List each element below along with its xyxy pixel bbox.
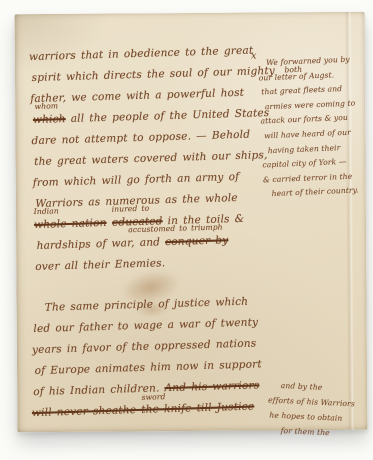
line-text: the great waters covered with our ships,	[34, 149, 268, 168]
line-text: & carried terror in the	[263, 171, 353, 184]
struck-text: which	[33, 113, 66, 126]
insertion-caret-mark: x	[251, 51, 257, 62]
line-text: all the people of the United States	[66, 107, 270, 125]
line-text: We forwarned you by	[266, 55, 350, 67]
line-text: heart of their country.	[271, 186, 358, 199]
struck-text: knife	[164, 402, 197, 415]
inserted-word: both	[284, 64, 302, 74]
struck-text: And his warriors	[164, 379, 259, 394]
line-text: spirit which directs the soul of our mig…	[32, 65, 276, 84]
line-text: hardships of war, and	[36, 236, 165, 252]
line-text: he hopes to obtain	[269, 411, 342, 423]
line-text: attack our forts & you	[260, 113, 348, 126]
struck-text: till Justice	[196, 401, 254, 415]
line-text: led our father to wage a war of twenty	[33, 316, 258, 335]
main-text-block: warriors that in obedience to the great …	[29, 40, 274, 278]
line-text: capital city of York —	[262, 157, 346, 170]
line-text: over all their Enemies.	[35, 257, 165, 273]
line-text: warriors that in obedience to the great	[29, 44, 254, 63]
inserted-word: sword	[141, 392, 165, 402]
line-text: and by the	[281, 381, 323, 392]
line-text: of Europe animates him now in support	[35, 358, 262, 377]
photo-backdrop: warriors that in obedience to the great …	[0, 0, 373, 460]
line-text: for them the	[280, 426, 329, 437]
line-text: from which will go forth an army of	[33, 171, 240, 189]
line-text: that great fleets and	[261, 84, 342, 96]
struck-text: will never sheathe the	[32, 403, 164, 419]
line-text: having taken their	[268, 143, 341, 155]
line-text: years in favor of the oppressed nations	[32, 337, 257, 356]
margin-note-bottom-right: and by the efforts of his Warriors he ho…	[266, 377, 373, 442]
margin-line: heart of their country.	[263, 183, 370, 202]
line-text: armies were coming to	[265, 98, 356, 111]
inserted-word: whom	[34, 101, 58, 111]
manuscript-page: warriors that in obedience to the great …	[15, 12, 368, 432]
inserted-word: inured to	[111, 204, 149, 214]
line-text: efforts of his Warriors	[268, 395, 355, 408]
struck-text: conquer by	[165, 234, 229, 248]
line-text: dare not attempt to oppose. — Behold	[31, 129, 250, 147]
margin-note-top-right: We forwarned you by bothour letter of Au…	[258, 52, 370, 202]
line-text: The same principle of justice which	[45, 296, 249, 314]
line-text: father, we come with a powerful host	[30, 87, 244, 105]
second-paragraph-block: The same principle of justice which led …	[31, 291, 273, 424]
inserted-word: accustomed to triumph	[128, 222, 223, 234]
inserted-word: Indian	[34, 206, 59, 216]
struck-text: whole nation	[34, 217, 107, 231]
line-text: will have heard of our	[264, 128, 351, 141]
